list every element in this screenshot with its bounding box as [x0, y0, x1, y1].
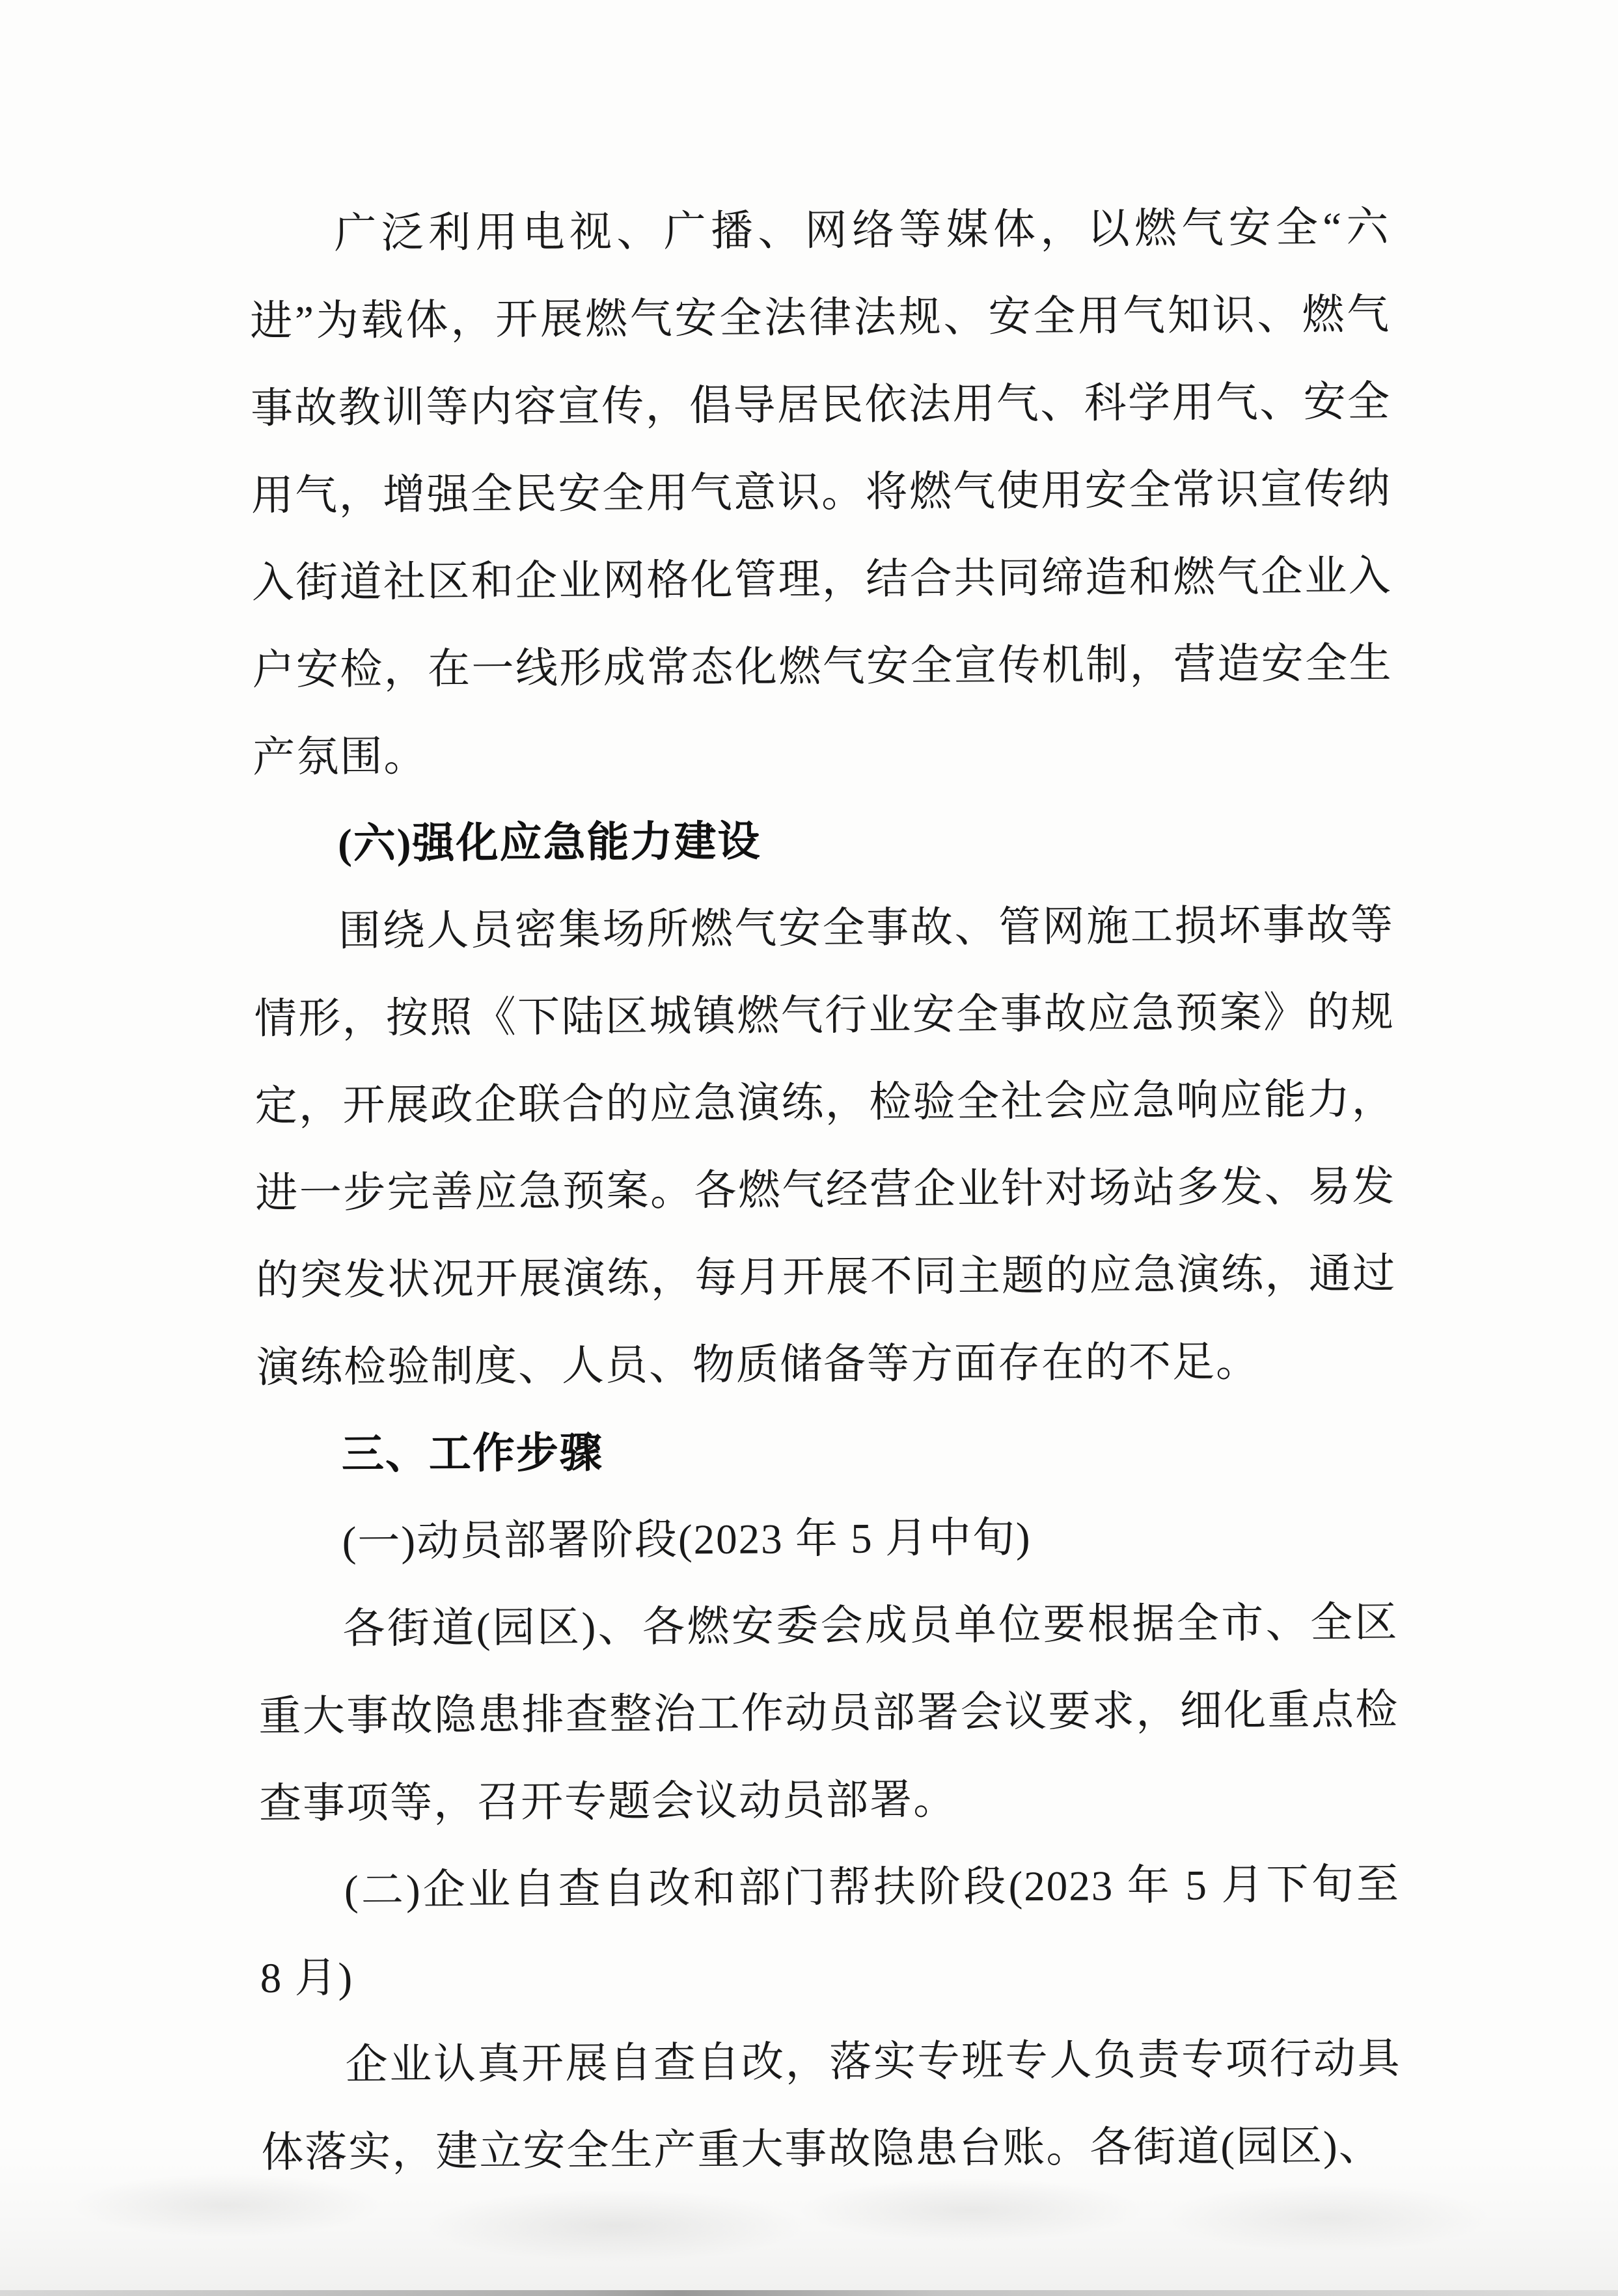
body-paragraph-self-inspection-detail: 企业认真开展自查自改，落实专班专人负责专项行动具体落实，建立安全生产重大事故隐患…	[260, 2016, 1402, 2197]
stage-subheading-1-mobilization: (一)动员部署阶段(2023 年 5 月中旬)	[257, 1492, 1398, 1587]
body-paragraph-publicity: 广泛利用电视、广播、网络等媒体，以燃气安全“六进”为载体，开展燃气安全法律法规、…	[249, 184, 1393, 802]
section-heading-6-emergency-capability: (六)强化应急能力建设	[253, 795, 1394, 889]
body-paragraph-mobilization-detail: 各街道(园区)、各燃安委会成员单位要根据全市、全区重大事故隐患排查整治工作动员部…	[258, 1579, 1399, 1848]
stage-subheading-2-self-inspection: (二)企业自查自改和部门帮扶阶段(2023 年 5 月下旬至 8 月)	[260, 1841, 1401, 2023]
chapter-heading-work-steps: 三、工作步骤	[256, 1405, 1397, 1499]
document-page: 广泛利用电视、广播、网络等媒体，以燃气安全“六进”为载体，开展燃气安全法律法规、…	[0, 0, 1618, 2296]
scanner-bottom-edge	[0, 2290, 1618, 2296]
page-text: 广泛利用电视、广播、网络等媒体，以燃气安全“六进”为载体，开展燃气安全法律法规、…	[249, 184, 1402, 2197]
body-paragraph-emergency-drills: 围绕人员密集场所燃气安全事故、管网施工损坏事故等情形，按照《下陆区城镇燃气行业安…	[254, 882, 1397, 1412]
